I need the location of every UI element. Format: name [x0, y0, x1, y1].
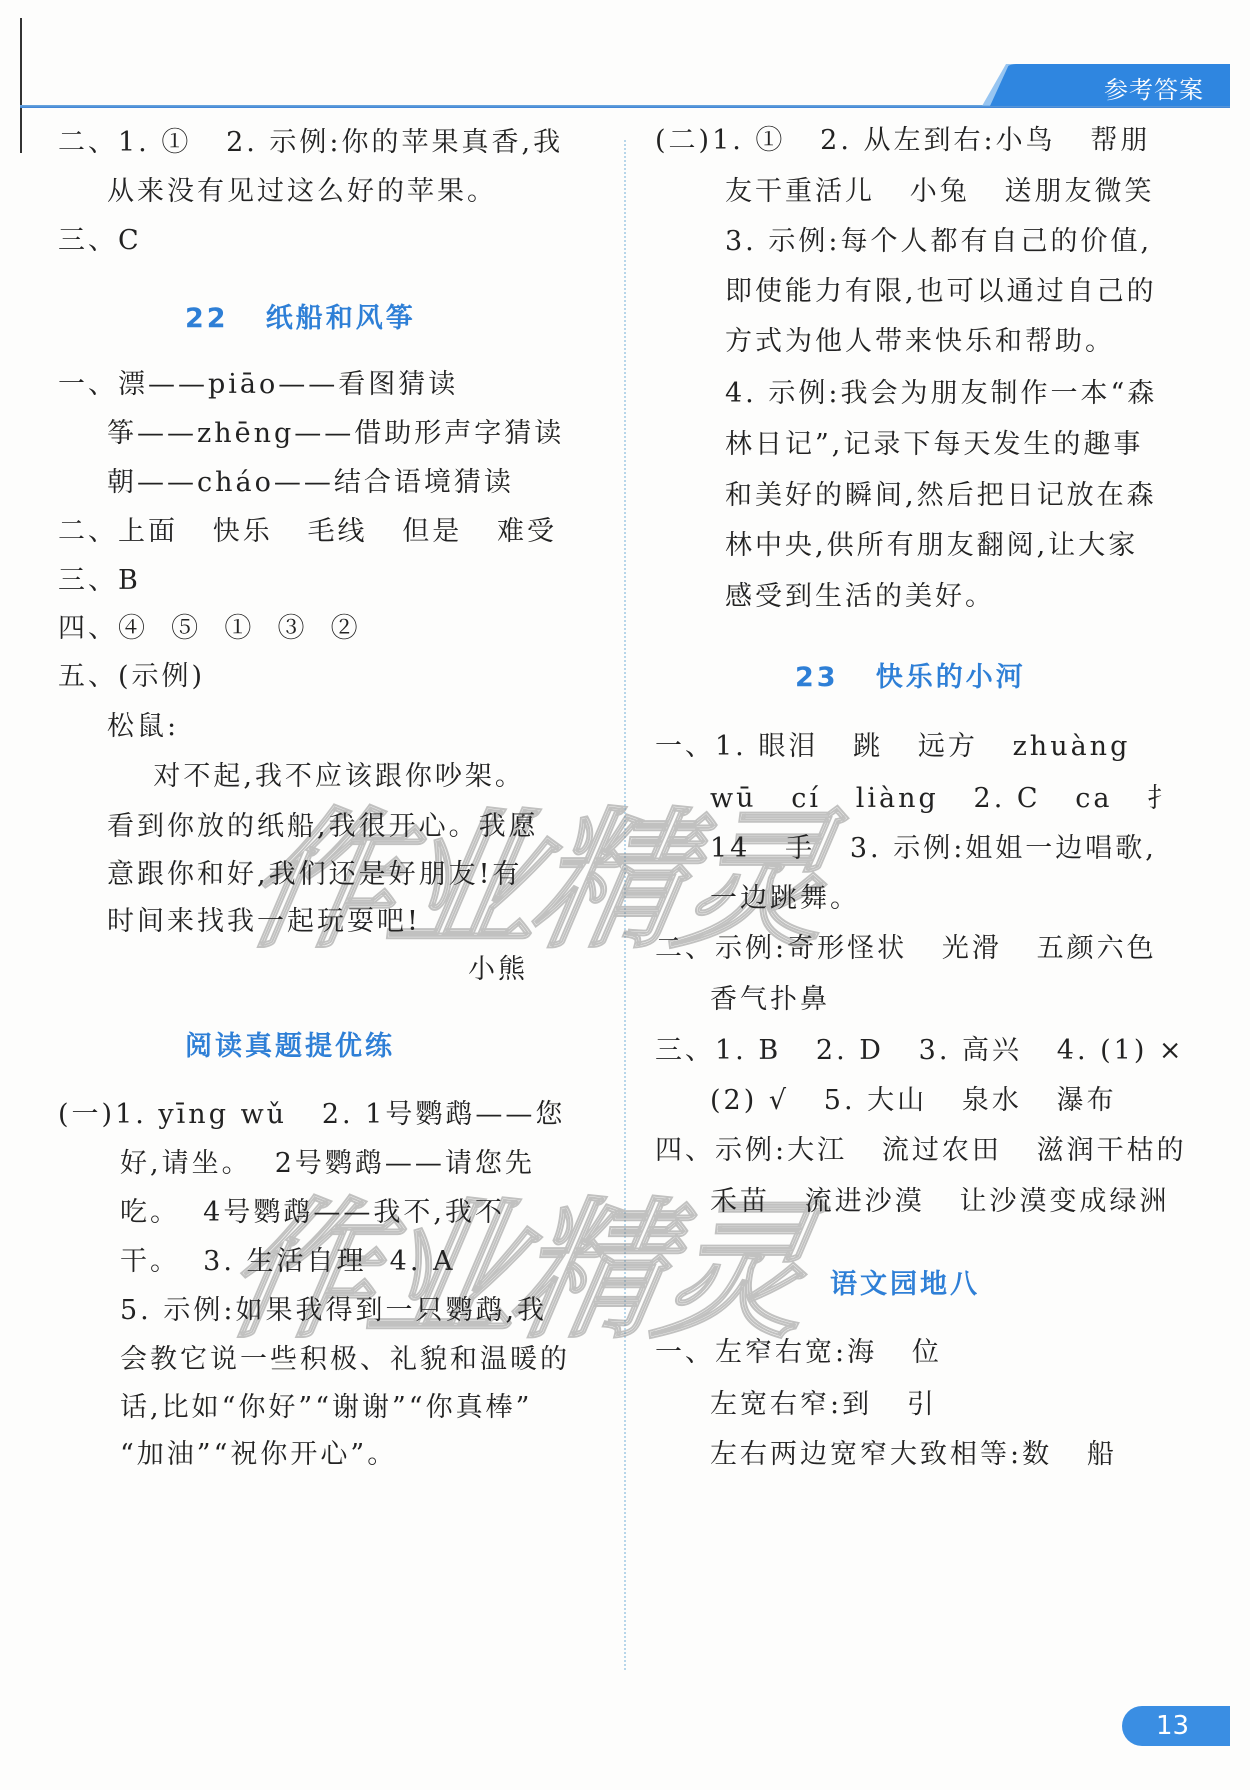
answer-line: 3. 示例:每个人都有自己的价值,	[725, 225, 1152, 259]
item-text: 香气扑鼻	[710, 984, 830, 1015]
answer-line: 四、④ ⑤ ① ③ ②	[58, 612, 361, 646]
answer-line: 感受到生活的美好。	[725, 580, 995, 614]
answer-line: 香气扑鼻	[710, 983, 830, 1017]
letter-line: 意跟你和好,我们还是好朋友!有	[107, 858, 522, 892]
answer-line: 话,比如“你好”“谢谢”“你真棒”	[120, 1391, 532, 1425]
answer-line: 从来没有见过这么好的苹果。	[107, 175, 497, 209]
item-marker: 五、	[58, 661, 118, 692]
answer-line: 干。 3. 生活自理 4. A	[120, 1245, 456, 1279]
letter-line: 对不起,我不应该跟你吵架。	[107, 760, 525, 794]
item-text: “加油”“祝你开心”。	[120, 1439, 397, 1470]
item-text: 示例:大江 流过农田 滋润干枯的	[715, 1135, 1187, 1166]
item-text: 4. 示例:我会为朋友制作一本“森	[725, 378, 1157, 409]
item-text: 朝——cháo——结合语境猜读	[107, 467, 514, 498]
answer-line: 即使能力有限,也可以通过自己的	[725, 275, 1157, 309]
page-edge-line	[20, 18, 22, 153]
answer-line: 14 手 3. 示例:姐姐一边唱歌,	[710, 832, 1157, 866]
item-text: 意跟你和好,我们还是好朋友!有	[107, 859, 522, 890]
answer-line: 友干重活儿 小兔 送朋友微笑	[725, 175, 1155, 209]
item-text: (2) √ 5. 大山 泉水 瀑布	[710, 1085, 1117, 1116]
section-title-garden8: 语文园地八	[830, 1262, 980, 1301]
answer-line: 三、C	[58, 224, 142, 258]
answer-line: (二)1. ① 2. 从左到右:小鸟 帮朋	[655, 124, 1150, 158]
answer-line: 筝——zhēng——借助形声字猜读	[107, 417, 564, 451]
item-text: (示例)	[118, 661, 205, 692]
answer-line: 和美好的瞬间,然后把日记放在森	[725, 479, 1157, 513]
item-text: 和美好的瞬间,然后把日记放在森	[725, 480, 1157, 511]
answer-line: 好,请坐。 2号鹦鹉——请您先	[120, 1147, 535, 1181]
answer-line: (2) √ 5. 大山 泉水 瀑布	[710, 1084, 1117, 1118]
item-text: 1. B 2. D 3. 高兴 4. (1) ×	[715, 1035, 1185, 1066]
item-marker: 二、	[58, 516, 118, 547]
section-title-lesson23: 23 快乐的小河	[795, 655, 1026, 694]
answer-line: 一、漂——piāo——看图猜读	[58, 368, 458, 402]
item-text: 筝——zhēng——借助形声字猜读	[107, 418, 564, 449]
answer-line: 4. 示例:我会为朋友制作一本“森	[725, 377, 1157, 411]
header-tab-label: 参考答案	[1104, 70, 1204, 105]
answer-line: 二、1. ① 2. 示例:你的苹果真香,我	[58, 126, 563, 160]
answer-line: 方式为他人带来快乐和帮助。	[725, 325, 1115, 359]
letter-signature: 小熊	[468, 953, 528, 987]
answer-line: 会教它说一些积极、礼貌和温暖的	[120, 1343, 570, 1377]
item-marker: 三、	[655, 1035, 715, 1066]
item-text: 1. 眼泪 跳 远方 zhuàng	[715, 731, 1130, 762]
answer-line: 一边跳舞。	[710, 882, 860, 916]
item-text: 好,请坐。 2号鹦鹉——请您先	[120, 1148, 535, 1179]
item-text: 左右两边宽窄大致相等:数 船	[710, 1439, 1117, 1470]
answer-line: 四、示例:大江 流过农田 滋润干枯的	[655, 1134, 1187, 1168]
item-text: 1. ① 2. 从左到右:小鸟 帮朋	[712, 125, 1150, 156]
item-text: 看到你放的纸船,我很开心。我愿	[107, 811, 539, 842]
item-text: 时间来找我一起玩耍吧!	[107, 906, 421, 937]
item-marker: 三、	[58, 565, 118, 596]
item-marker: 四、	[655, 1135, 715, 1166]
item-text: 左宽右窄:到 引	[710, 1389, 937, 1420]
answer-line: 禾苗 流进沙漠 让沙漠变成绿洲	[710, 1185, 1170, 1219]
letter-salutation: 松鼠:	[107, 710, 179, 744]
item-text: 示例:奇形怪状 光滑 五颜六色	[715, 933, 1157, 964]
item-marker: (一)	[58, 1099, 115, 1130]
header-tab: 参考答案	[990, 64, 1230, 106]
answer-line: 一、1. 眼泪 跳 远方 zhuàng	[655, 730, 1130, 764]
item-text: 感受到生活的美好。	[725, 581, 995, 612]
item-text: C	[118, 225, 142, 256]
item-text: 松鼠:	[107, 711, 179, 742]
item-marker: 二、	[58, 127, 118, 158]
answer-line: 三、B	[58, 564, 141, 598]
item-marker: 一、	[58, 369, 118, 400]
item-text: 即使能力有限,也可以通过自己的	[725, 276, 1157, 307]
item-text: 5. 示例:如果我得到一只鹦鹉,我	[120, 1295, 547, 1326]
page-number-badge: 13	[1122, 1706, 1230, 1746]
item-text: 吃。 4号鹦鹉——我不,我不	[120, 1197, 505, 1228]
item-text: 从来没有见过这么好的苹果。	[107, 176, 497, 207]
item-marker: 一、	[655, 1337, 715, 1368]
section-title-lesson22: 22 纸船和风筝	[185, 296, 416, 335]
item-text: ④ ⑤ ① ③ ②	[118, 613, 361, 644]
item-text: 14 手 3. 示例:姐姐一边唱歌,	[710, 833, 1157, 864]
item-text: 友干重活儿 小兔 送朋友微笑	[725, 176, 1155, 207]
item-text: 林日记”,记录下每天发生的趣事	[725, 429, 1143, 460]
item-marker: 三、	[58, 225, 118, 256]
answer-line: “加油”“祝你开心”。	[120, 1438, 397, 1472]
item-text: 会教它说一些积极、礼貌和温暖的	[120, 1344, 570, 1375]
item-text: 方式为他人带来快乐和帮助。	[725, 326, 1115, 357]
item-text: 林中央,供所有朋友翻阅,让大家	[725, 530, 1138, 561]
item-text: B	[118, 565, 141, 596]
item-text: 左窄右宽:海 位	[715, 1337, 942, 1368]
answer-line: 左右两边宽窄大致相等:数 船	[710, 1438, 1117, 1472]
answer-line: 三、1. B 2. D 3. 高兴 4. (1) ×	[655, 1034, 1185, 1068]
answer-line: wū cí liàng 2. C ca 扌	[710, 782, 1177, 816]
letter-line: 时间来找我一起玩耍吧!	[107, 905, 421, 939]
letter-line: 看到你放的纸船,我很开心。我愿	[107, 810, 539, 844]
answer-line: 吃。 4号鹦鹉——我不,我不	[120, 1196, 505, 1230]
answer-line: 五、(示例)	[58, 660, 205, 694]
item-text: 1. ① 2. 示例:你的苹果真香,我	[118, 127, 563, 158]
answer-line: 林中央,供所有朋友翻阅,让大家	[725, 529, 1138, 563]
item-text: 漂——piāo——看图猜读	[118, 369, 458, 400]
answer-line: 朝——cháo——结合语境猜读	[107, 466, 514, 500]
item-text: 干。 3. 生活自理 4. A	[120, 1246, 456, 1277]
answer-line: 5. 示例:如果我得到一只鹦鹉,我	[120, 1294, 547, 1328]
item-text: 一边跳舞。	[710, 883, 860, 914]
page-number: 13	[1156, 1711, 1189, 1741]
item-marker: 一、	[655, 731, 715, 762]
answer-line: 左宽右窄:到 引	[710, 1388, 937, 1422]
section-title-reading: 阅读真题提优练	[185, 1024, 395, 1063]
item-text: 对不起,我不应该跟你吵架。	[107, 761, 525, 792]
item-text: 小熊	[468, 954, 528, 985]
item-marker: 四、	[58, 613, 118, 644]
item-text: 3. 示例:每个人都有自己的价值,	[725, 226, 1152, 257]
item-text: 上面 快乐 毛线 但是 难受	[118, 516, 557, 547]
item-marker: (二)	[655, 125, 712, 156]
item-text: 禾苗 流进沙漠 让沙漠变成绿洲	[710, 1186, 1170, 1217]
answer-line: 二、示例:奇形怪状 光滑 五颜六色	[655, 932, 1157, 966]
item-text: 1. yīng wǔ 2. 1号鹦鹉——您	[115, 1099, 565, 1130]
answer-line: (一)1. yīng wǔ 2. 1号鹦鹉——您	[58, 1098, 565, 1132]
answer-line: 二、上面 快乐 毛线 但是 难受	[58, 515, 557, 549]
item-text: wū cí liàng 2. C ca 扌	[710, 783, 1177, 814]
item-text: 话,比如“你好”“谢谢”“你真棒”	[120, 1392, 532, 1423]
item-marker: 二、	[655, 933, 715, 964]
answer-line: 林日记”,记录下每天发生的趣事	[725, 428, 1143, 462]
answer-line: 一、左窄右宽:海 位	[655, 1336, 942, 1370]
